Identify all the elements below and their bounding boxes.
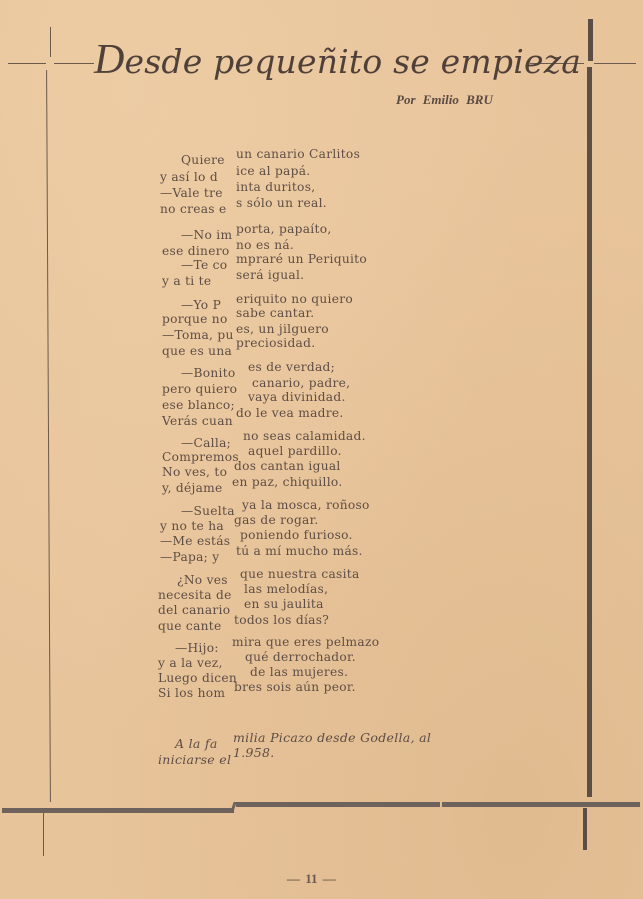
poem-line-right: no seas calamidad. (243, 428, 366, 444)
dedication-line-2-left: iniciarse el (158, 752, 231, 767)
poem-line-right: poniendo furioso. (240, 527, 353, 543)
poem-line-right: sabe cantar. (236, 305, 314, 321)
poem-line-right: en paz, chiquillo. (232, 474, 343, 490)
poem-line-left: —Me estás (160, 533, 230, 549)
poem-line-left: y a ti te (162, 273, 211, 289)
poem-line-left: que cante (158, 618, 222, 634)
poem-line-left: Quiere (181, 152, 225, 168)
poem-line-right: en su jaulita (244, 596, 324, 612)
poem-line-left: —Vale tre (160, 185, 223, 201)
poem-line-right: s sólo un real. (236, 195, 327, 211)
title-initial: D (94, 37, 125, 83)
poem-line-left: ese blanco; (162, 397, 235, 413)
poem-line-left: que es una (162, 343, 232, 359)
poem-line-right: gas de rogar. (234, 512, 319, 528)
poem-line-right: tú a mí mucho más. (236, 543, 363, 559)
poem-line-left: Verás cuan (162, 413, 233, 429)
left-frame-rule (46, 70, 51, 802)
poem-line-left: Luego dicen (158, 670, 237, 686)
poem-line-left: Compremos (162, 449, 239, 465)
poem-line-left: —No im (181, 227, 232, 243)
poem-line-right: qué derrochador. (245, 649, 356, 665)
poem-line-left: ¿No ves (177, 572, 228, 588)
poem-line-right: inta duritos, (236, 179, 315, 195)
poem-line-right: porta, papaíto, (236, 221, 332, 237)
poem-line-left: porque no (162, 311, 228, 327)
poem-line-left: y a la vez, (158, 655, 223, 671)
poem-line-left: y no te ha (160, 518, 224, 534)
poem-line-right: aquel pardillo. (248, 443, 342, 459)
poem-line-right: do le vea madre. (236, 405, 344, 421)
poem-line-right: todos los días? (234, 612, 329, 628)
header-rule-left-outer (8, 63, 46, 64)
poem-line-left: —Papa; y (160, 549, 219, 565)
right-frame-rule-bottom (583, 808, 587, 850)
right-frame-rule-top (588, 19, 593, 61)
poem-line-left: pero quiero (162, 381, 237, 397)
left-frame-rule-bottom (43, 812, 44, 856)
right-frame-rule (587, 67, 592, 797)
left-frame-rule-top (50, 27, 51, 57)
poem-line-left: y, déjame (162, 480, 223, 496)
dedication-line-2-right: 1.958. (233, 745, 275, 760)
poem-line-right: preciosidad. (236, 335, 315, 351)
page-number: — 11 — (287, 871, 336, 887)
poem-line-left: —Hijo: (175, 640, 219, 656)
header-rule-left-inner (54, 63, 94, 64)
header-rule-right-outer (594, 63, 636, 64)
poem-line-right: bres sois aún peor. (234, 679, 356, 695)
poem-line-left: y así lo d (160, 169, 218, 185)
poem-line-right: las melodías, (244, 581, 328, 597)
poem-line-left: —Suelta (181, 503, 235, 519)
poem-line-right: ya la mosca, roñoso (242, 497, 370, 513)
poem-line-left: del canario (158, 602, 230, 618)
poem-line-left: —Te co (181, 257, 227, 273)
dedication-line-1-left: A la fa (175, 736, 218, 751)
poem-line-right: ice al papá. (236, 163, 310, 179)
poem-line-left: No ves, to (162, 464, 227, 480)
poem-line-right: un canario Carlitos (236, 146, 360, 162)
author-byline: Por Emilio BRU (396, 92, 493, 108)
title-rest: esde pequeñito se empieza (125, 42, 582, 81)
dedication-line-1-right: milia Picazo desde Godella, al (233, 730, 431, 745)
poem-line-right: mira que eres pelmazo (232, 634, 379, 650)
bottom-rule-left (2, 808, 234, 813)
page-title: Desde pequeñito se empieza (94, 36, 581, 84)
poem-line-right: es de verdad; (248, 359, 335, 375)
poem-line-left: necesita de (158, 587, 232, 603)
poem-line-left: —Toma, pu (162, 327, 234, 343)
bottom-rule-middle (236, 802, 440, 807)
poem-line-left: Si los hom (158, 685, 225, 701)
poem-line-right: que nuestra casita (240, 566, 360, 582)
poem-line-right: dos cantan igual (234, 458, 341, 474)
bottom-rule-right (442, 802, 640, 807)
poem-line-right: vaya divinidad. (248, 389, 346, 405)
poem-line-right: de las mujeres. (250, 664, 348, 680)
poem-line-left: —Bonito (181, 365, 236, 381)
poem-line-right: será igual. (236, 267, 304, 283)
poem-line-left: no creas e (160, 201, 227, 217)
poem-line-right: mpraré un Periquito (236, 251, 367, 267)
